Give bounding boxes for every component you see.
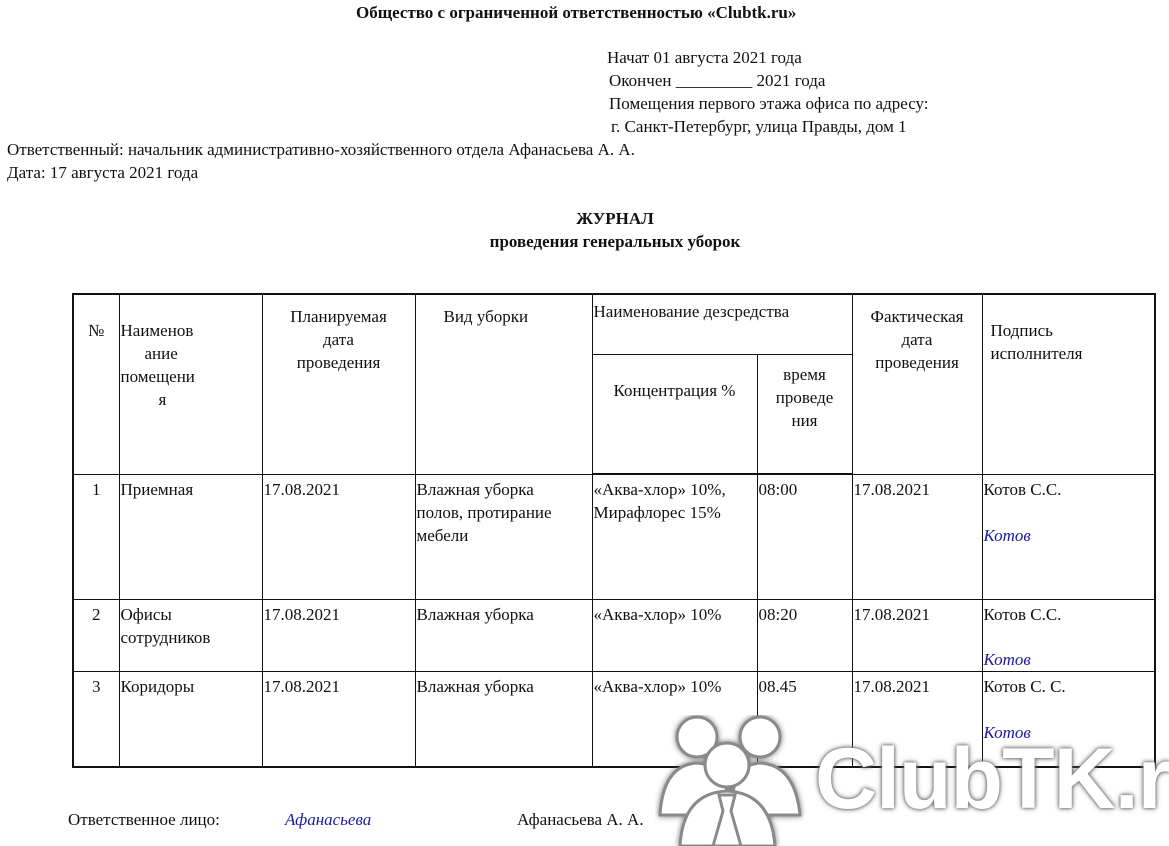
header-disinfectant: Наименование дезсредства [592,294,852,354]
row-signature: Котов С.С. Котов [982,474,1155,599]
row-time: 08.45 [757,671,852,767]
header-actual-date-line: Фактическая [854,305,981,328]
journal-started: Начат 01 августа 2021 года [607,47,802,69]
row-cleaning-type: Влажная уборка [415,599,592,671]
header-concentration: Концентрация % [592,354,757,474]
header-actual-date-line: проведения [854,351,981,374]
header-actual-date: Фактическая дата проведения [852,294,982,474]
cleaning-type-line: полов, протирание [417,501,591,524]
footer-name: Афанасьева А. А. [517,809,644,831]
finished-prefix: Окончен [609,71,671,90]
journal-finished: Окончен _________ 2021 года [609,70,825,92]
row-cleaning-type: Влажная уборка [415,671,592,767]
row-planned-date: 17.08.2021 [262,474,415,599]
row-cleaning-type: Влажная уборка полов, протирание мебели [415,474,592,599]
executor-signature: Котов [984,721,1154,744]
responsible-person: Ответственный: начальник административно… [7,139,635,161]
organization-name: Общество с ограниченной ответственностью… [356,2,796,24]
executor-name: Котов С. С. [984,675,1154,698]
executor-signature: Котов [984,524,1154,547]
row-actual-date: 17.08.2021 [852,671,982,767]
row-signature: Котов С. С. Котов [982,671,1155,767]
room-line: Офисы [121,603,261,626]
footer-signature: Афанасьева [285,809,371,831]
executor-name: Котов С.С. [984,603,1154,626]
row-number: 3 [73,671,119,767]
room-line: сотрудников [121,626,261,649]
footer-label: Ответственное лицо: [68,809,220,831]
row-room: Приемная [119,474,262,599]
premises-line-2: г. Санкт-Петербург, улица Правды, дом 1 [611,116,907,138]
row-number: 2 [73,599,119,671]
row-number: 1 [73,474,119,599]
row-time: 08:00 [757,474,852,599]
header-planned-date: Планируемая дата проведения [262,294,415,474]
header-room-line: Наименов [121,319,261,342]
row-disinfectant: «Аква-хлор» 10% [592,671,757,767]
header-signature-line: Подпись [991,319,1154,342]
header-number: № [73,294,119,474]
header-time: время проведе ния [757,354,852,474]
cleaning-journal-table: № Наименов ание помещени я Планируемая д… [72,293,1156,768]
header-cleaning-type: Вид уборки [415,294,592,474]
document-date: Дата: 17 августа 2021 года [7,162,198,184]
row-disinfectant: «Аква-хлор» 10%, Мирафлорес 15% [592,474,757,599]
disinfectant-line: «Аква-хлор» 10%, [594,478,756,501]
row-actual-date: 17.08.2021 [852,474,982,599]
header-signature-line: исполнителя [991,342,1154,365]
premises-line-1: Помещения первого этажа офиса по адресу: [609,93,929,115]
header-planned-date-line: Планируемая [264,305,414,328]
executor-name: Котов С.С. [984,478,1154,501]
header-actual-date-line: дата [854,328,981,351]
table-row: 1 Приемная 17.08.2021 Влажная уборка пол… [73,474,1155,599]
finished-suffix: 2021 года [756,71,825,90]
header-room-line: ание [121,342,261,365]
row-actual-date: 17.08.2021 [852,599,982,671]
table-header-row: № Наименов ание помещени я Планируемая д… [73,294,1155,354]
row-signature: Котов С.С. Котов [982,599,1155,671]
journal-subtitle: проведения генеральных уборок [415,231,815,253]
disinfectant-line: Мирафлорес 15% [594,501,756,524]
header-time-line: время [759,363,851,386]
row-planned-date: 17.08.2021 [262,599,415,671]
executor-signature: Котов [984,648,1154,671]
row-room: Офисы сотрудников [119,599,262,671]
row-disinfectant: «Аква-хлор» 10% [592,599,757,671]
header-room-line: я [121,388,261,411]
finished-blank: _________ [676,71,753,90]
journal-title: ЖУРНАЛ [415,208,815,230]
header-room-line: помещени [121,365,261,388]
cleaning-type-line: мебели [417,524,591,547]
cleaning-type-line: Влажная уборка [417,478,591,501]
header-planned-date-line: дата [264,328,414,351]
header-planned-date-line: проведения [264,351,414,374]
table-row: 2 Офисы сотрудников 17.08.2021 Влажная у… [73,599,1155,671]
row-room: Коридоры [119,671,262,767]
row-time: 08:20 [757,599,852,671]
table-row: 3 Коридоры 17.08.2021 Влажная уборка «Ак… [73,671,1155,767]
header-time-line: ния [759,409,851,432]
header-signature: Подпись исполнителя [982,294,1155,474]
row-planned-date: 17.08.2021 [262,671,415,767]
header-time-line: проведе [759,386,851,409]
header-room: Наименов ание помещени я [119,294,262,474]
